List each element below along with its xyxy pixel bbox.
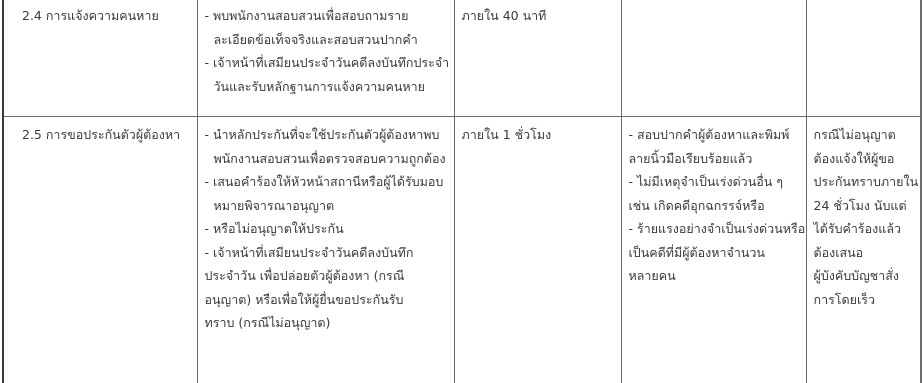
condition-line: - ร้ายแรงอย่างจำเป็นเร่งด่วนหรือ [629, 217, 800, 241]
condition-line: เป็นคดีที่มีผู้ต้องหาจำนวน [629, 241, 800, 265]
remark-line: กรณีไม่อนุญาต [814, 123, 915, 147]
remark-line: ผู้บังคับบัญชาสั่ง [814, 264, 915, 288]
condition-line: - ไม่มีเหตุจำเป็นเร่งด่วนอื่น ๆ [629, 170, 800, 194]
remarks-cell [806, 0, 921, 117]
procedure-line: อนุญาต) หรือเพื่อให้ผู้ยื่นขอประกันรับ [205, 288, 448, 312]
service-procedure-table: 2.4 การแจ้งความคนหาย - พบพนักงานสอบสวนเพ… [2, 0, 922, 383]
remarks-cell: กรณีไม่อนุญาต ต้องแจ้งให้ผู้ขอ ประกันทรา… [806, 117, 921, 383]
procedure-line: หมายพิจารณาอนุญาต [205, 194, 448, 218]
conditions-cell [621, 0, 806, 117]
table-row-bail-request: 2.5 การขอประกันตัวผู้ต้องหา - นำหลักประก… [3, 117, 921, 383]
remark-line: 24 ชั่วโมง นับแต่ [814, 194, 915, 218]
procedure-line: พนักงานสอบสวนเพื่อตรวจสอบความถูกต้อง [205, 147, 448, 171]
procedure-line: - หรือไม่อนุญาตให้ประกัน [205, 217, 448, 241]
procedure-line: - เจ้าหน้าที่เสมียนประจำวันคดีลงบันทึก [205, 241, 448, 265]
remark-line: ประกันทราบภายใน [814, 170, 915, 194]
condition-line: เช่น เกิดคดีอุกฉกรรจ์หรือ [629, 194, 800, 218]
procedure-line: ละเอียดข้อเท็จจริงและสอบสวนปากคำ [205, 28, 448, 52]
condition-line: - สอบปากคำผู้ต้องหาและพิมพ์ [629, 123, 800, 147]
topic-cell: 2.5 การขอประกันตัวผู้ต้องหา [3, 117, 197, 383]
duration-cell: ภายใน 40 นาที [454, 0, 621, 117]
procedure-line: - เจ้าหน้าที่เสมียนประจำวันคดีลงบันทึกปร… [205, 51, 448, 75]
condition-line: หลายคน [629, 264, 800, 288]
procedure-line: วันและรับหลักฐานการแจ้งความคนหาย [205, 75, 448, 99]
procedure-line: ประจำวัน เพื่อปล่อยตัวผู้ต้องหา (กรณี [205, 264, 448, 288]
topic-label: 2.5 การขอประกันตัวผู้ต้องหา [11, 127, 180, 142]
topic-label: 2.4 การแจ้งความคนหาย [11, 8, 159, 23]
procedure-line: - นำหลักประกันที่จะใช้ประกันตัวผู้ต้องหา… [205, 123, 448, 147]
duration-cell: ภายใน 1 ชั่วโมง [454, 117, 621, 383]
topic-cell: 2.4 การแจ้งความคนหาย [3, 0, 197, 117]
duration-text: ภายใน 1 ชั่วโมง [462, 123, 615, 147]
procedure-line: - เสนอคำร้องให้หัวหน้าสถานีหรือผู้ได้รับ… [205, 170, 448, 194]
procedure-line: ทราบ (กรณีไม่อนุญาต) [205, 311, 448, 335]
condition-line: ลายนิ้วมือเรียบร้อยแล้ว [629, 147, 800, 171]
duration-text: ภายใน 40 นาที [462, 4, 615, 28]
remark-line: ได้รับคำร้องแล้ว [814, 217, 915, 241]
remark-line: การโดยเร็ว [814, 288, 915, 312]
procedure-cell: - นำหลักประกันที่จะใช้ประกันตัวผู้ต้องหา… [197, 117, 454, 383]
table-row-missing-person-report: 2.4 การแจ้งความคนหาย - พบพนักงานสอบสวนเพ… [3, 0, 921, 117]
remark-line: ต้องเสนอ [814, 241, 915, 265]
procedure-cell: - พบพนักงานสอบสวนเพื่อสอบถามราย ละเอียดข… [197, 0, 454, 117]
conditions-cell: - สอบปากคำผู้ต้องหาและพิมพ์ ลายนิ้วมือเร… [621, 117, 806, 383]
remark-line: ต้องแจ้งให้ผู้ขอ [814, 147, 915, 171]
procedure-line: - พบพนักงานสอบสวนเพื่อสอบถามราย [205, 4, 448, 28]
